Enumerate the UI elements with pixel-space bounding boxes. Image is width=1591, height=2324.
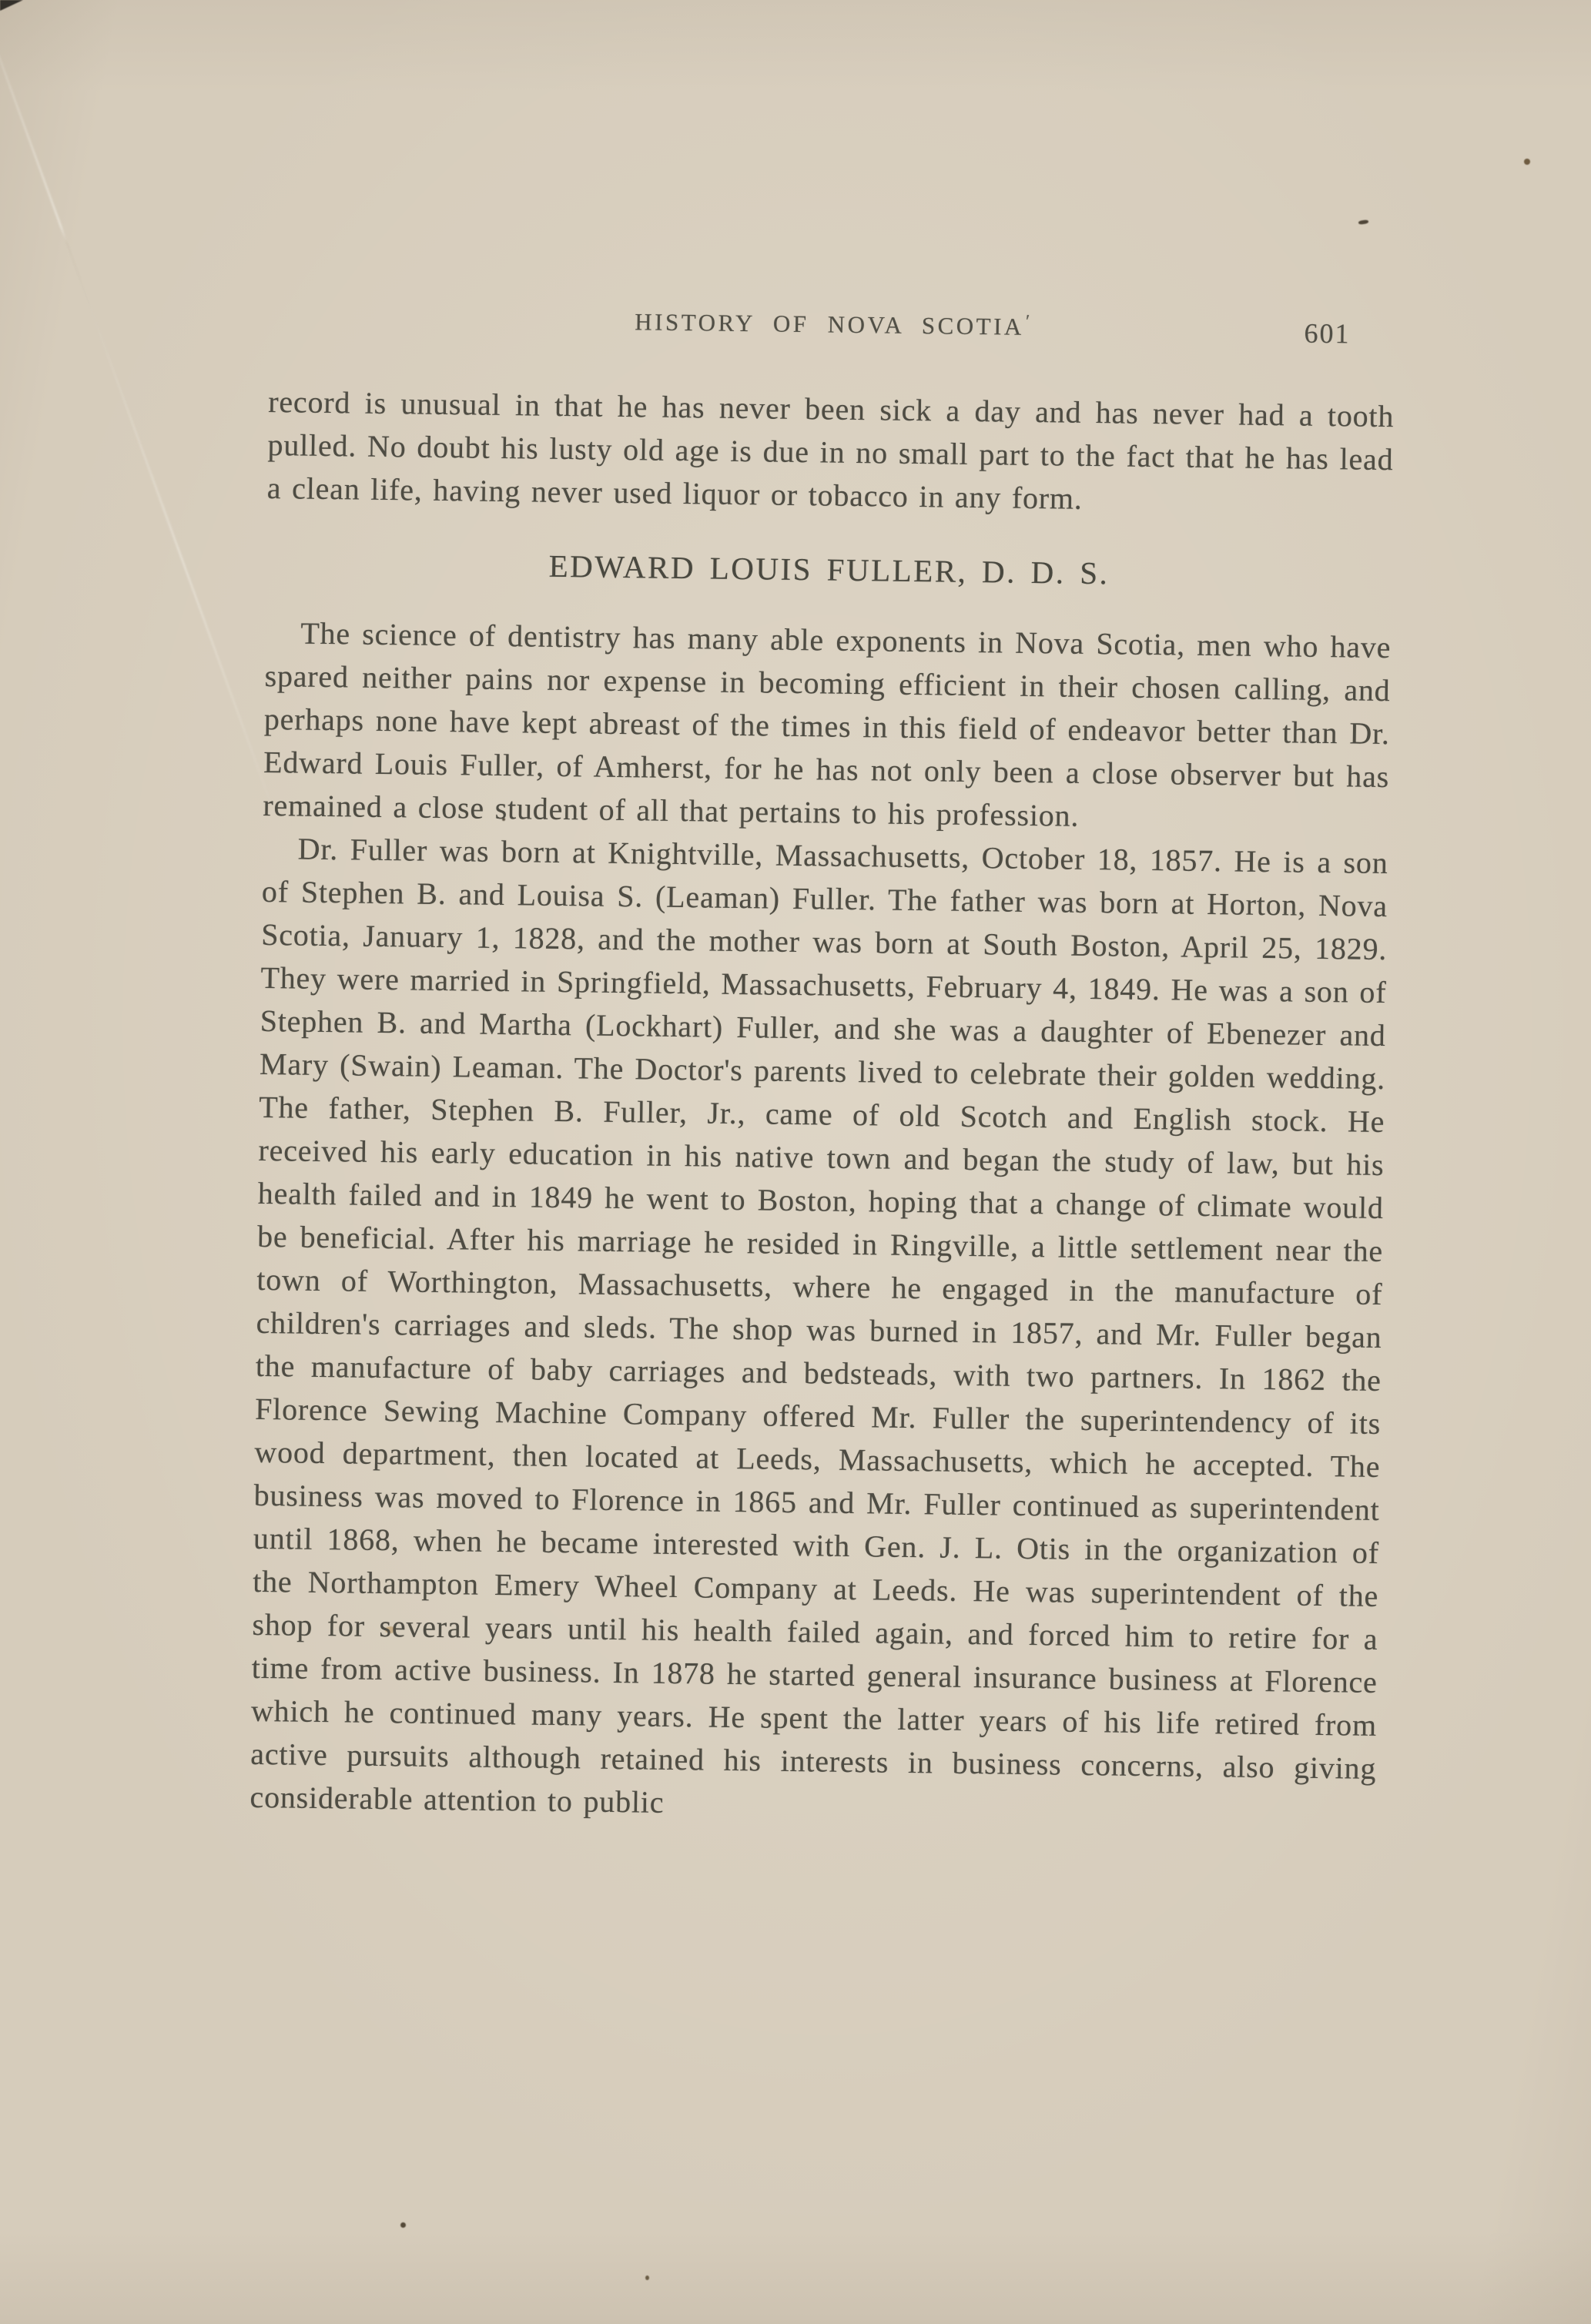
paragraph-fuller-biography: Dr. Fuller was born at Knightville, Mass… <box>250 827 1388 1833</box>
page-number: 601 <box>1304 317 1351 350</box>
paragraph-continuation: record is unusual in that he has never b… <box>266 380 1394 524</box>
page-text-block: HISTORY OF NOVA SCOTIA′ 601 record is un… <box>250 302 1395 1833</box>
page-corner-shadow <box>0 0 23 11</box>
ink-speck <box>1524 159 1530 165</box>
running-head-text: HISTORY OF NOVA SCOTIA <box>635 308 1024 340</box>
paper-crease <box>0 0 273 809</box>
ink-speck <box>400 2222 406 2228</box>
section-heading: EDWARD LOUIS FULLER, D. D. S. <box>266 544 1392 595</box>
ink-speck <box>1358 219 1369 225</box>
ink-speck <box>645 2275 649 2280</box>
scanned-book-page: HISTORY OF NOVA SCOTIA′ 601 record is un… <box>0 0 1591 2324</box>
running-head-title: HISTORY OF NOVA SCOTIA′ <box>270 302 1395 346</box>
running-head: HISTORY OF NOVA SCOTIA′ 601 <box>269 302 1395 350</box>
stray-tick-mark: ′ <box>1026 312 1030 332</box>
paragraph-dentistry-intro: The science of dentistry has many able e… <box>263 611 1392 842</box>
